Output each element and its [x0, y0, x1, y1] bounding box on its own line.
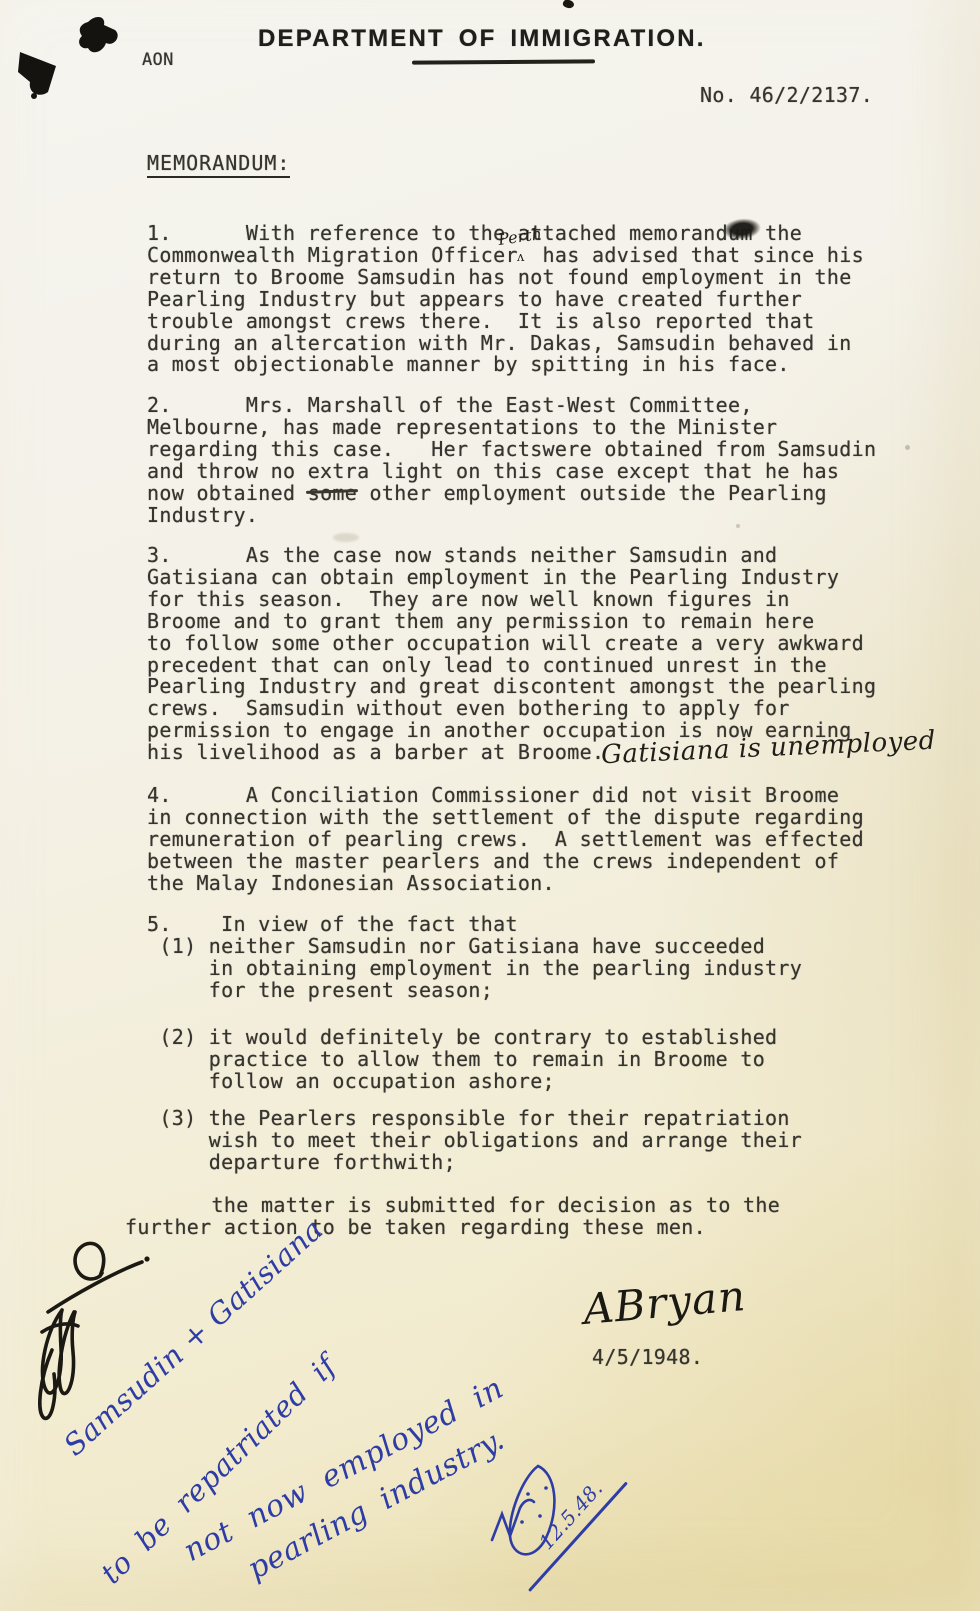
paragraph-4: 4. A Conciliation Commissioner did not v…	[147, 785, 864, 895]
paragraph-5-item2: (2) it would definitely be contrary to e…	[147, 1027, 777, 1093]
paragraph-2: 2. Mrs. Marshall of the East-West Commit…	[147, 395, 876, 526]
overstruck-text: um	[728, 221, 753, 245]
signature-bryan: ABryan	[581, 1271, 748, 1334]
header-rule	[412, 59, 595, 64]
paragraph-5-item3: (3) the Pearlers responsible for their r…	[147, 1108, 802, 1174]
file-reference-number: No. 46/2/2137.	[700, 85, 873, 107]
paper-speck	[905, 445, 910, 450]
insertion-caret: ʌ	[517, 250, 524, 265]
strikethrough-word: some	[308, 481, 357, 505]
closing-paragraph: the matter is submitted for decision as …	[125, 1195, 780, 1239]
ink-blot-icon	[10, 10, 140, 110]
paragraph-1-text: 1. With reference to the attached memora…	[147, 221, 728, 245]
paragraph-3: 3. As the case now stands neither Samsud…	[147, 545, 876, 764]
memorandum-document-page: DEPARTMENT OF IMMIGRATION. AON No. 46/2/…	[0, 0, 980, 1611]
typed-date: 4/5/1948.	[592, 1347, 703, 1369]
paragraph-5-intro-item1: 5. In view of the fact that (1) neither …	[147, 914, 802, 1002]
paper-smudge	[333, 533, 359, 542]
ink-speck-top	[562, 0, 575, 10]
memo-heading: MEMORANDUM:	[147, 153, 290, 178]
department-title: DEPARTMENT OF IMMIGRATION.	[258, 25, 706, 53]
office-initials: AON	[142, 50, 174, 72]
